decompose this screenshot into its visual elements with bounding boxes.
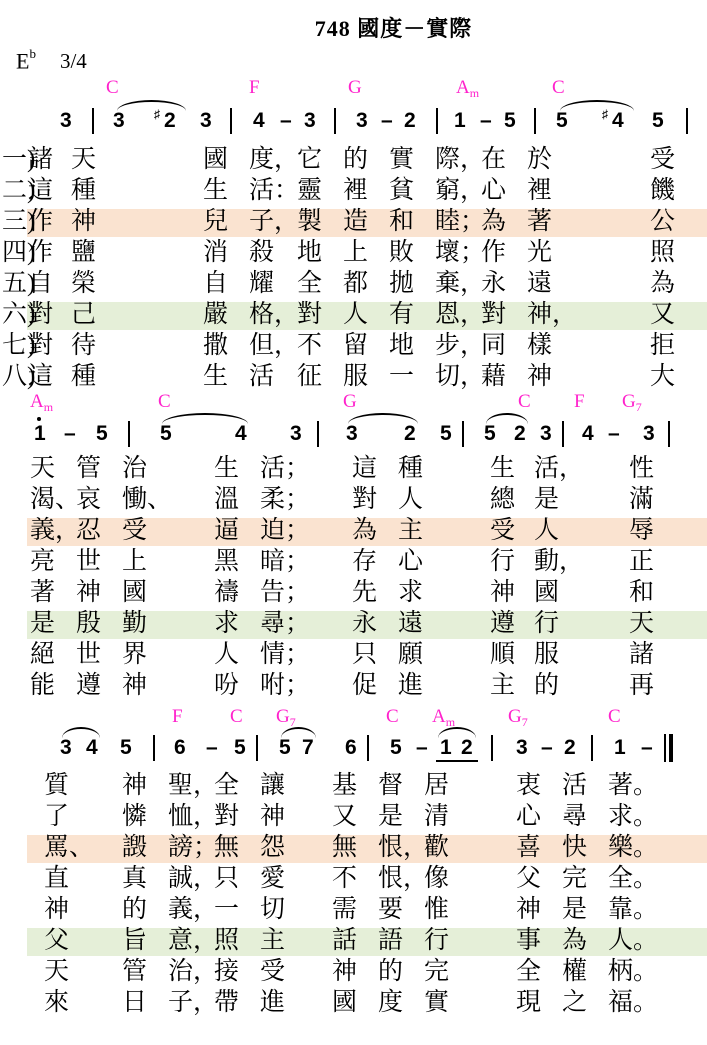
lyric-char: 先 bbox=[352, 579, 377, 607]
lyric-char: 存 bbox=[352, 548, 377, 576]
lyric-char: 這 bbox=[28, 363, 53, 391]
lyric-char: 是 bbox=[378, 803, 403, 831]
lyric-char: 進 bbox=[260, 989, 285, 1017]
chord-quality: m bbox=[44, 400, 53, 414]
lyric-char: 棄， bbox=[435, 270, 485, 298]
lyric-char: 是 bbox=[562, 896, 587, 924]
chord-symbol: Am bbox=[432, 707, 455, 732]
lyric-char: 暗； bbox=[260, 548, 310, 576]
lyric-char: 是 bbox=[534, 486, 559, 514]
lyric-char: 著 bbox=[527, 208, 552, 236]
chord-symbol: Am bbox=[30, 392, 53, 417]
lyric-char: 只 bbox=[352, 641, 377, 669]
lyric-char: 神 bbox=[122, 772, 147, 800]
lyric-char: 界 bbox=[122, 641, 147, 669]
lyric-char: 裡 bbox=[343, 177, 368, 205]
duration-dash: – bbox=[280, 110, 292, 132]
note-digit: 3 bbox=[200, 110, 212, 132]
lyric-char: 吩 bbox=[214, 672, 239, 700]
lyric-char: 治， bbox=[168, 958, 218, 986]
lyric-char: 天 bbox=[71, 146, 96, 174]
verse-number: 三) bbox=[2, 208, 35, 236]
chord-symbol: G7 bbox=[276, 707, 296, 732]
lyric-char: 神 bbox=[490, 579, 515, 607]
lyric-char: 睦； bbox=[435, 208, 485, 236]
final-barline-thin bbox=[664, 734, 666, 762]
lyric-char: 大 bbox=[650, 363, 675, 391]
lyric-char: 義， bbox=[30, 517, 80, 545]
chord-symbol: C bbox=[608, 707, 621, 727]
lyric-char: 公 bbox=[650, 208, 675, 236]
lyric-char: 製 bbox=[297, 208, 322, 236]
system-2: AmCGCFG71–55433255234–3天管治生活；這種生活，性渴、哀慟、… bbox=[0, 0, 707, 1045]
lyric-char: 但， bbox=[249, 332, 299, 360]
chord-symbol: G7 bbox=[508, 707, 528, 732]
barline bbox=[491, 735, 493, 761]
slur-arc bbox=[117, 100, 186, 111]
lyric-char: 心 bbox=[398, 548, 423, 576]
lyric-char: 不 bbox=[332, 865, 357, 893]
lyric-char: 恩， bbox=[435, 301, 485, 329]
lyric-char: 為 bbox=[352, 517, 377, 545]
lyric-char: 憐 bbox=[122, 803, 147, 831]
lyric-char: 滿 bbox=[629, 486, 654, 514]
lyric-char: 主 bbox=[398, 517, 423, 545]
lyric-char: 的 bbox=[378, 958, 403, 986]
lyric-char: 惟 bbox=[424, 896, 449, 924]
lyric-char: 撒 bbox=[203, 332, 228, 360]
barline bbox=[92, 108, 94, 134]
lyric-char: 全 bbox=[516, 958, 541, 986]
lyric-char: 只 bbox=[214, 865, 239, 893]
lyric-char: 實 bbox=[389, 146, 414, 174]
lyric-char: 鹽 bbox=[71, 239, 96, 267]
duration-dash: – bbox=[541, 737, 553, 759]
note-digit: 7 bbox=[302, 737, 314, 759]
slur-arc bbox=[438, 727, 476, 738]
slur-arc bbox=[486, 413, 528, 424]
lyric-char: 像 bbox=[424, 865, 449, 893]
barline bbox=[686, 108, 688, 134]
barline bbox=[230, 108, 232, 134]
lyric-char: 日 bbox=[122, 989, 147, 1017]
lyric-char: 留 bbox=[343, 332, 368, 360]
lyric-char: 是 bbox=[30, 610, 55, 638]
lyric-char: 恨， bbox=[378, 834, 428, 862]
key-accidental: b bbox=[29, 46, 36, 61]
verse-number: 四) bbox=[2, 239, 35, 267]
lyric-char: 消 bbox=[203, 239, 228, 267]
lyric-char: 求 bbox=[398, 579, 423, 607]
lyric-char: 逼 bbox=[214, 517, 239, 545]
sharp-sign: ♯ bbox=[154, 103, 160, 125]
lyric-char: 罵、 bbox=[44, 834, 94, 862]
lyric-char: 尋； bbox=[260, 610, 310, 638]
note-digit: 3 bbox=[60, 737, 72, 759]
lyric-char: 同 bbox=[481, 332, 506, 360]
lyric-char: 兒 bbox=[203, 208, 228, 236]
lyric-char: 造 bbox=[343, 208, 368, 236]
lyric-char: 要 bbox=[378, 896, 403, 924]
lyric-char: 神 bbox=[516, 896, 541, 924]
barline bbox=[591, 735, 593, 761]
lyric-char: 拒 bbox=[650, 332, 675, 360]
lyric-char: 耀 bbox=[249, 270, 274, 298]
lyric-char: 對 bbox=[28, 301, 53, 329]
lyric-char: 天 bbox=[629, 610, 654, 638]
note-digit: 5 bbox=[504, 110, 516, 132]
note-digit: 5 bbox=[96, 423, 108, 445]
note-digit: 4 bbox=[253, 110, 265, 132]
lyric-char: 福。 bbox=[608, 989, 658, 1017]
lyric-char: 行 bbox=[534, 610, 559, 638]
lyric-char: 諸 bbox=[629, 641, 654, 669]
note-digit: 1 bbox=[440, 737, 452, 759]
chord-symbol: C bbox=[386, 707, 399, 727]
chord-quality: m bbox=[446, 715, 455, 729]
barline bbox=[668, 421, 670, 447]
lyric-char: 靠。 bbox=[608, 896, 658, 924]
lyric-char: 際， bbox=[435, 146, 485, 174]
duration-dash: – bbox=[480, 110, 492, 132]
lyric-char: 再 bbox=[629, 672, 654, 700]
chord-quality: 7 bbox=[522, 715, 528, 729]
lyric-char: 活， bbox=[534, 455, 584, 483]
lyric-char: 全 bbox=[297, 270, 322, 298]
lyric-char: 恨， bbox=[378, 865, 428, 893]
lyric-char: 哀 bbox=[76, 486, 101, 514]
note-digit: 3 bbox=[304, 110, 316, 132]
lyric-char: 行 bbox=[424, 927, 449, 955]
chord-symbol: F bbox=[172, 707, 183, 727]
lyric-char: 督 bbox=[378, 772, 403, 800]
lyric-char: 服 bbox=[343, 363, 368, 391]
lyric-char: 生 bbox=[490, 455, 515, 483]
lyric-char: 的 bbox=[122, 896, 147, 924]
lyric-char: 人 bbox=[534, 517, 559, 545]
lyric-char: 完 bbox=[424, 958, 449, 986]
lyric-char: 無 bbox=[332, 834, 357, 862]
lyric-char: 征 bbox=[297, 363, 322, 391]
lyric-char: 於 bbox=[527, 146, 552, 174]
lyric-char: 基 bbox=[332, 772, 357, 800]
note-digit: 3 bbox=[346, 423, 358, 445]
lyric-char: 遵 bbox=[76, 672, 101, 700]
note-digit: 6 bbox=[345, 737, 357, 759]
lyric-char: 國 bbox=[332, 989, 357, 1017]
lyric-char: 慟、 bbox=[122, 486, 172, 514]
lyric-char: 活； bbox=[260, 455, 310, 483]
lyric-char: 居 bbox=[424, 772, 449, 800]
chord-symbol: C bbox=[518, 392, 531, 412]
lyric-char: 照 bbox=[650, 239, 675, 267]
lyric-char: 愛 bbox=[260, 865, 285, 893]
note-digit: 5 bbox=[234, 737, 246, 759]
lyric-char: 種 bbox=[71, 363, 96, 391]
lyric-char: 實 bbox=[424, 989, 449, 1017]
lyric-char: 活： bbox=[249, 177, 299, 205]
lyric-char: 地 bbox=[389, 332, 414, 360]
lyric-char: 神 bbox=[260, 803, 285, 831]
note-digit: 6 bbox=[174, 737, 186, 759]
lyric-char: 心 bbox=[516, 803, 541, 831]
lyric-char: 主 bbox=[260, 927, 285, 955]
lyric-char: 恤， bbox=[168, 803, 218, 831]
key-note: E bbox=[16, 48, 29, 73]
lyric-char: 質 bbox=[44, 772, 69, 800]
lyric-char: 一 bbox=[389, 363, 414, 391]
note-digit: 3 bbox=[540, 423, 552, 445]
lyric-char: 遠 bbox=[398, 610, 423, 638]
duration-dash: – bbox=[381, 110, 393, 132]
lyric-char: 禱 bbox=[214, 579, 239, 607]
chord-quality: m bbox=[470, 86, 479, 100]
lyric-char: 自 bbox=[203, 270, 228, 298]
lyric-char: 又 bbox=[332, 803, 357, 831]
verse-highlight-band bbox=[27, 518, 707, 546]
lyric-char: 怨 bbox=[260, 834, 285, 862]
lyric-char: 歡 bbox=[424, 834, 449, 862]
lyric-char: 無 bbox=[214, 834, 239, 862]
hymn-sheet: 748 國度－實際 Eb3/4 CFGAmC332♯34–33–21–554♯5… bbox=[0, 0, 707, 1045]
lyric-char: 情； bbox=[260, 641, 310, 669]
lyric-char: 這 bbox=[352, 455, 377, 483]
note-digit: 2 bbox=[404, 110, 416, 132]
lyric-char: 神 bbox=[332, 958, 357, 986]
note-digit: 2 bbox=[514, 423, 526, 445]
lyric-char: 格， bbox=[249, 301, 299, 329]
lyric-char: 生 bbox=[214, 455, 239, 483]
note-digit: 3 bbox=[356, 110, 368, 132]
note-digit: 1 bbox=[614, 737, 626, 759]
lyric-char: 來 bbox=[44, 989, 69, 1017]
lyric-char: 咐； bbox=[260, 672, 310, 700]
lyric-char: 生 bbox=[203, 177, 228, 205]
note-digit: 2 bbox=[404, 423, 416, 445]
lyric-char: 尋 bbox=[562, 803, 587, 831]
lyric-char: 和 bbox=[629, 579, 654, 607]
lyric-char: 敗 bbox=[389, 239, 414, 267]
note-digit: 2 bbox=[564, 737, 576, 759]
note-digit: 1 bbox=[34, 423, 46, 445]
lyric-char: 榮 bbox=[71, 270, 96, 298]
key-signature: Eb3/4 bbox=[16, 48, 87, 74]
system-3: FCG7CAmG7C3456–55765–123–21–質神聖，全讓基督居衷活著… bbox=[0, 0, 707, 1045]
lyric-char: 諸 bbox=[28, 146, 53, 174]
barline bbox=[128, 421, 130, 447]
lyric-char: 壞； bbox=[435, 239, 485, 267]
lyric-char: 光 bbox=[527, 239, 552, 267]
lyric-char: 能 bbox=[30, 672, 55, 700]
lyric-char: 心 bbox=[481, 177, 506, 205]
duration-dash: – bbox=[206, 737, 218, 759]
lyric-char: 國 bbox=[122, 579, 147, 607]
chord-symbol: C bbox=[158, 392, 171, 412]
lyric-char: 子， bbox=[168, 989, 218, 1017]
note-digit: 5 bbox=[652, 110, 664, 132]
lyric-char: 神 bbox=[76, 579, 101, 607]
lyric-char: 嚴 bbox=[203, 301, 228, 329]
sharp-sign: ♯ bbox=[602, 103, 608, 125]
lyric-char: 它 bbox=[297, 146, 322, 174]
lyric-char: 現 bbox=[516, 989, 541, 1017]
lyric-char: 地 bbox=[297, 239, 322, 267]
lyric-char: 接 bbox=[214, 958, 239, 986]
lyric-char: 清 bbox=[424, 803, 449, 831]
lyric-char: 正 bbox=[629, 548, 654, 576]
lyric-char: 在 bbox=[481, 146, 506, 174]
lyric-char: 語 bbox=[378, 927, 403, 955]
lyric-char: 帶 bbox=[214, 989, 239, 1017]
lyric-char: 迫； bbox=[260, 517, 310, 545]
chord-quality: 7 bbox=[290, 715, 296, 729]
lyric-char: 進 bbox=[398, 672, 423, 700]
barline bbox=[436, 108, 438, 134]
lyric-char: 作 bbox=[28, 239, 53, 267]
note-digit: 5 bbox=[440, 423, 452, 445]
lyric-char: 完 bbox=[562, 865, 587, 893]
lyric-char: 樣 bbox=[527, 332, 552, 360]
lyric-char: 作 bbox=[28, 208, 53, 236]
note-digit: 5 bbox=[556, 110, 568, 132]
lyric-char: 願 bbox=[398, 641, 423, 669]
note-digit: 5 bbox=[484, 423, 496, 445]
lyric-char: 真 bbox=[122, 865, 147, 893]
lyric-char: 活 bbox=[562, 772, 587, 800]
lyric-char: 神 bbox=[527, 363, 552, 391]
lyric-char: 了 bbox=[44, 803, 69, 831]
verse-number: 五) bbox=[2, 270, 35, 298]
lyric-char: 這 bbox=[28, 177, 53, 205]
hymn-title: 748 國度－實際 bbox=[80, 12, 707, 43]
lyric-char: 父 bbox=[44, 927, 69, 955]
lyric-char: 子， bbox=[249, 208, 299, 236]
lyric-char: 切 bbox=[260, 896, 285, 924]
lyric-char: 人。 bbox=[608, 927, 658, 955]
lyric-char: 柄。 bbox=[608, 958, 658, 986]
lyric-char: 服 bbox=[534, 641, 559, 669]
verse-highlight-band bbox=[27, 209, 707, 237]
chord-symbol: C bbox=[106, 78, 119, 98]
chord-symbol: G7 bbox=[622, 392, 642, 417]
lyric-char: 辱 bbox=[629, 517, 654, 545]
chord-symbol: C bbox=[552, 78, 565, 98]
lyric-char: 管 bbox=[122, 958, 147, 986]
lyric-char: 順 bbox=[490, 641, 515, 669]
lyric-char: 度 bbox=[378, 989, 403, 1017]
note-digit: 3 bbox=[290, 423, 302, 445]
lyric-char: 快 bbox=[562, 834, 587, 862]
lyric-char: 種 bbox=[71, 177, 96, 205]
verse-number: 六) bbox=[2, 301, 35, 329]
lyric-char: 對 bbox=[297, 301, 322, 329]
slur-arc bbox=[560, 100, 634, 111]
verse-number: 二) bbox=[2, 177, 35, 205]
final-barline-thick bbox=[669, 734, 673, 762]
lyric-char: 又 bbox=[650, 301, 675, 329]
note-digit: 2♯ bbox=[164, 110, 176, 132]
note-digit: 4♯ bbox=[612, 110, 624, 132]
barline bbox=[367, 735, 369, 761]
chord-symbol: F bbox=[574, 392, 585, 412]
chord-symbol: Am bbox=[456, 78, 479, 103]
lyric-char: 直 bbox=[44, 865, 69, 893]
lyric-char: 渴、 bbox=[30, 486, 80, 514]
lyric-char: 絕 bbox=[30, 641, 55, 669]
lyric-char: 天 bbox=[30, 455, 55, 483]
barline bbox=[534, 108, 536, 134]
lyric-char: 事 bbox=[516, 927, 541, 955]
lyric-char: 為 bbox=[562, 927, 587, 955]
lyric-char: 對 bbox=[28, 332, 53, 360]
note-digit: 2 bbox=[461, 737, 473, 759]
lyric-char: 受 bbox=[122, 517, 147, 545]
lyric-char: 溫 bbox=[214, 486, 239, 514]
lyric-char: 求。 bbox=[608, 803, 658, 831]
slur-arc bbox=[281, 727, 316, 738]
verse-highlight-band bbox=[27, 928, 707, 956]
lyric-char: 著。 bbox=[608, 772, 658, 800]
lyric-char: 自 bbox=[28, 270, 53, 298]
lyric-char: 裡 bbox=[527, 177, 552, 205]
lyric-char: 樂。 bbox=[608, 834, 658, 862]
lyric-char: 促 bbox=[352, 672, 377, 700]
lyric-char: 饑 bbox=[650, 177, 675, 205]
note-digit: 4 bbox=[582, 423, 594, 445]
lyric-char: 國 bbox=[534, 579, 559, 607]
lyric-char: 窮， bbox=[435, 177, 485, 205]
verse-highlight-band bbox=[27, 302, 707, 330]
chord-quality: 7 bbox=[636, 400, 642, 414]
duration-dash: – bbox=[416, 737, 428, 759]
lyric-char: 衷 bbox=[516, 772, 541, 800]
lyric-char: 忍 bbox=[76, 517, 101, 545]
lyric-char: 著 bbox=[30, 579, 55, 607]
lyric-char: 藉 bbox=[481, 363, 506, 391]
duration-dash: – bbox=[608, 423, 620, 445]
time-signature: 3/4 bbox=[60, 49, 87, 73]
lyric-char: 為 bbox=[650, 270, 675, 298]
barline bbox=[256, 735, 258, 761]
lyric-char: 步， bbox=[435, 332, 485, 360]
lyric-char: 人 bbox=[398, 486, 423, 514]
barline bbox=[462, 421, 464, 447]
lyric-char: 為 bbox=[481, 208, 506, 236]
chord-symbol: C bbox=[230, 707, 243, 727]
note-digit: 3 bbox=[643, 423, 655, 445]
lyric-char: 的 bbox=[534, 672, 559, 700]
note-digit: 3 bbox=[516, 737, 528, 759]
verse-number: 八) bbox=[2, 363, 35, 391]
lyric-char: 靈 bbox=[297, 177, 322, 205]
lyric-char: 對 bbox=[352, 486, 377, 514]
lyric-char: 遵 bbox=[490, 610, 515, 638]
lyric-char: 己 bbox=[71, 301, 96, 329]
slur-arc bbox=[62, 727, 100, 738]
note-digit: 3 bbox=[60, 110, 72, 132]
note-digit: 3 bbox=[113, 110, 125, 132]
lyric-char: 旨 bbox=[122, 927, 147, 955]
note-digit: 1 bbox=[454, 110, 466, 132]
lyric-char: 治 bbox=[122, 455, 147, 483]
lyric-char: 之 bbox=[562, 989, 587, 1017]
eighth-beam bbox=[436, 760, 478, 762]
lyric-char: 的 bbox=[343, 146, 368, 174]
lyric-char: 切， bbox=[435, 363, 485, 391]
lyric-char: 意， bbox=[168, 927, 218, 955]
lyric-char: 喜 bbox=[516, 834, 541, 862]
note-digit: 5 bbox=[279, 737, 291, 759]
